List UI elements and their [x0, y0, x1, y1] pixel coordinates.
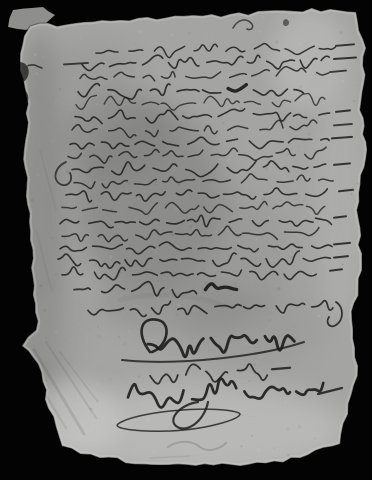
paper-sheet — [0, 0, 372, 480]
manuscript-photo — [0, 0, 372, 480]
scanned-manuscript-page — [0, 0, 372, 480]
